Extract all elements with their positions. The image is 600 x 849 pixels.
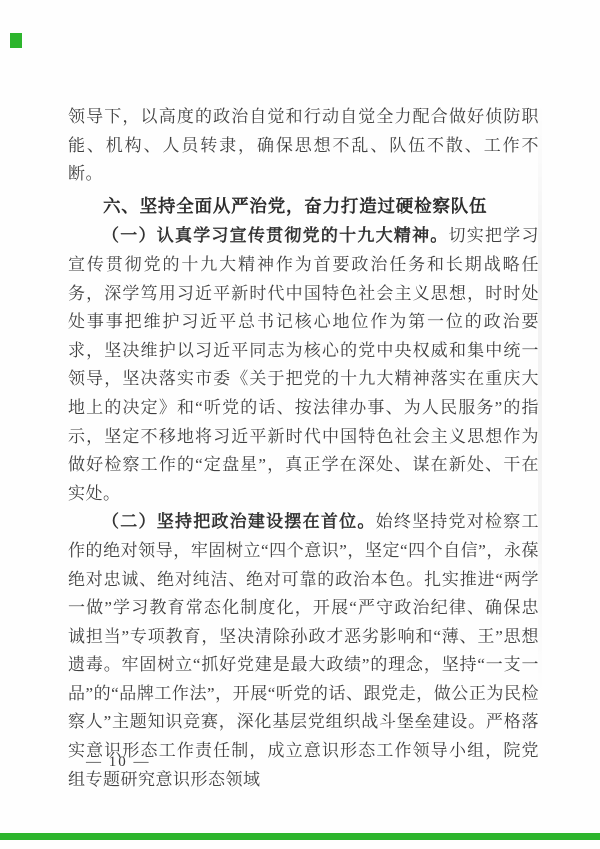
green-bottom-bar — [0, 833, 600, 840]
page-number: — 10 — — [86, 754, 151, 771]
paragraph-two-text: 始终坚持党对检察工作的绝对领导，牢固树立“四个意识”，坚定“四个自信”，永葆绝对… — [68, 512, 539, 788]
green-marker-square — [10, 33, 22, 48]
paragraph-two: （二）坚持把政治建设摆在首位。始终坚持党对检察工作的绝对领导，牢固树立“四个意识… — [68, 508, 539, 794]
paragraph-one-text: 切实把学习宣传贯彻党的十九大精神作为首要政治任务和长期战略任务，深学笃用习近平新… — [68, 226, 539, 502]
section-heading: 六、坚持全面从严治党，奋力打造过硬检察队伍 — [68, 192, 539, 221]
paragraph-two-lead: （二）坚持把政治建设摆在首位。 — [102, 512, 376, 531]
document-body: 领导下，以高度的政治自觉和行动自觉全力配合做好侦防职能、机构、人员转隶，确保思想… — [68, 103, 539, 794]
document-page: 领导下，以高度的政治自觉和行动自觉全力配合做好侦防职能、机构、人员转隶，确保思想… — [0, 0, 600, 849]
scanned-document-screenshot: { "page": { "number_label": "— 10 —" }, … — [0, 0, 600, 849]
paragraph-one-lead: （一）认真学习宣传贯彻党的十九大精神。 — [102, 226, 449, 245]
paragraph-continuation: 领导下，以高度的政治自觉和行动自觉全力配合做好侦防职能、机构、人员转隶，确保思想… — [68, 103, 539, 189]
paragraph-one: （一）认真学习宣传贯彻党的十九大精神。切实把学习宣传贯彻党的十九大精神作为首要政… — [68, 222, 539, 508]
